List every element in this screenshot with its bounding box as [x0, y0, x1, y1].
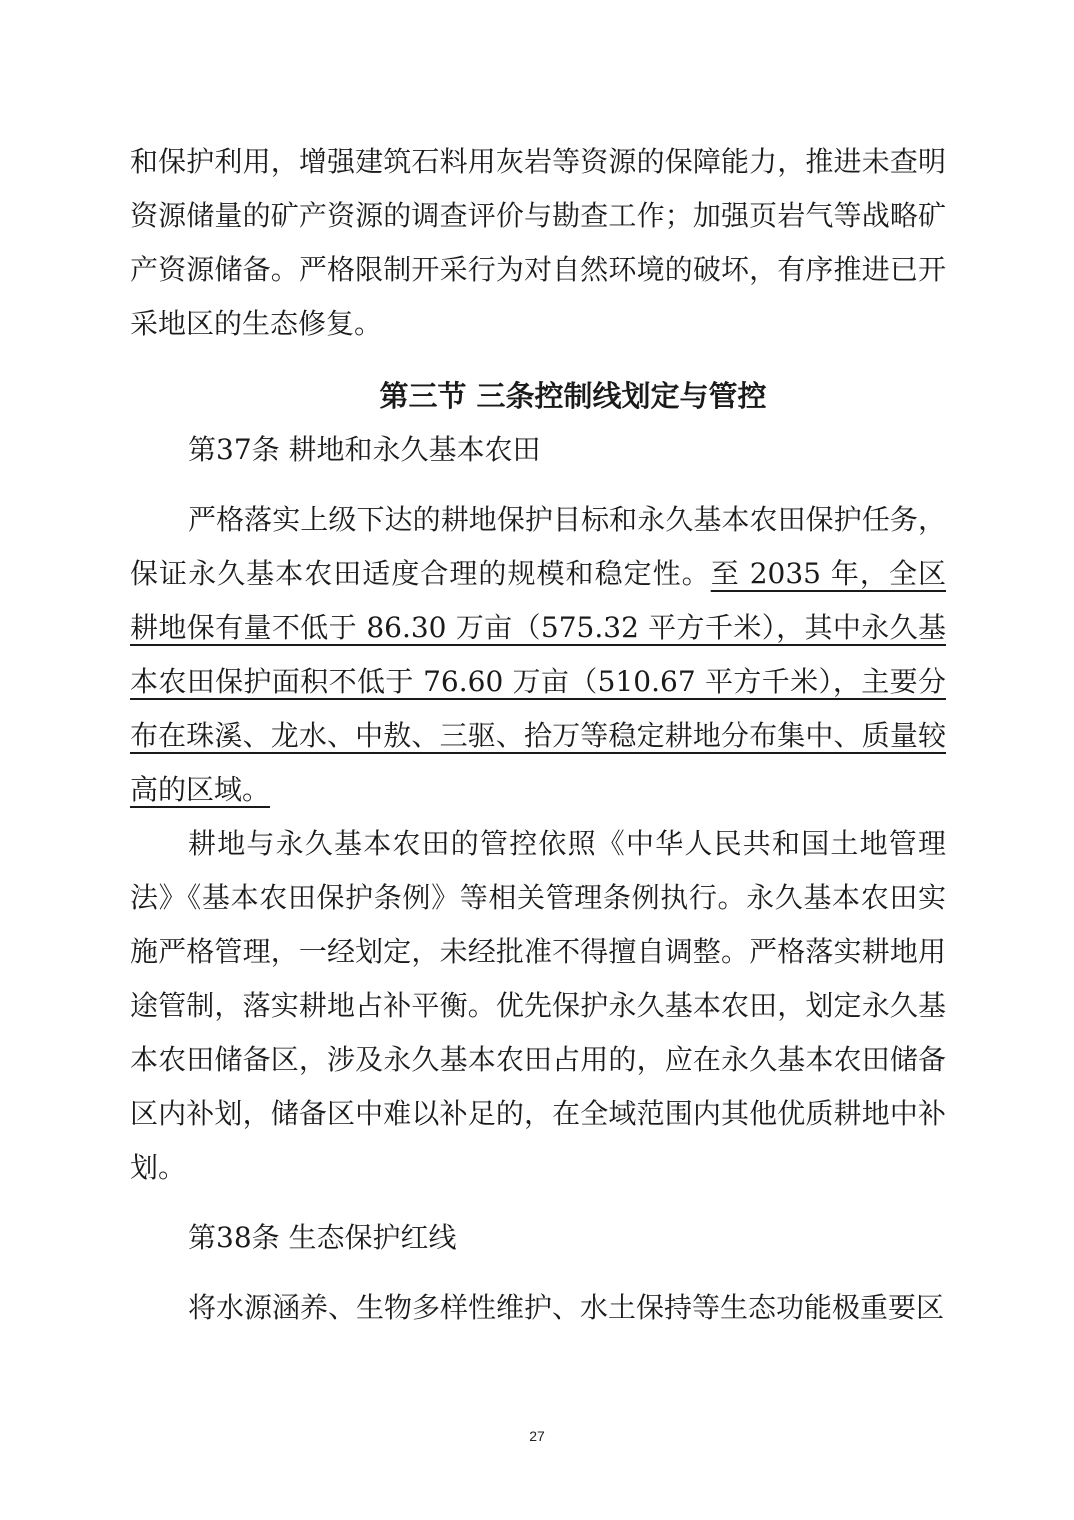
underlined-target-text: 至 2035 年，全区耕地保有量不低于 86.30 万亩（575.32 平方千米… [130, 557, 946, 806]
article-37-paragraph-1: 严格落实上级下达的耕地保护目标和永久基本农田保护任务，保证永久基本农田适度合理的… [130, 493, 946, 817]
article-38-paragraph-1: 将水源涵养、生物多样性维护、水土保持等生态功能极重要区 [130, 1281, 946, 1335]
document-page: 和保护利用，增强建筑石料用灰岩等资源的保障能力，推进未查明资源储量的矿产资源的调… [130, 135, 946, 1335]
section-title: 第三节 三条控制线划定与管控 [130, 351, 946, 423]
article-37-title: 第37条 耕地和永久基本农田 [130, 423, 946, 477]
article-38-title: 第38条 生态保护红线 [130, 1211, 946, 1265]
page-number: 27 [0, 1428, 1074, 1444]
continuation-paragraph: 和保护利用，增强建筑石料用灰岩等资源的保障能力，推进未查明资源储量的矿产资源的调… [130, 135, 946, 351]
article-37-paragraph-2: 耕地与永久基本农田的管控依照《中华人民共和国土地管理法》《基本农田保护条例》等相… [130, 817, 946, 1195]
